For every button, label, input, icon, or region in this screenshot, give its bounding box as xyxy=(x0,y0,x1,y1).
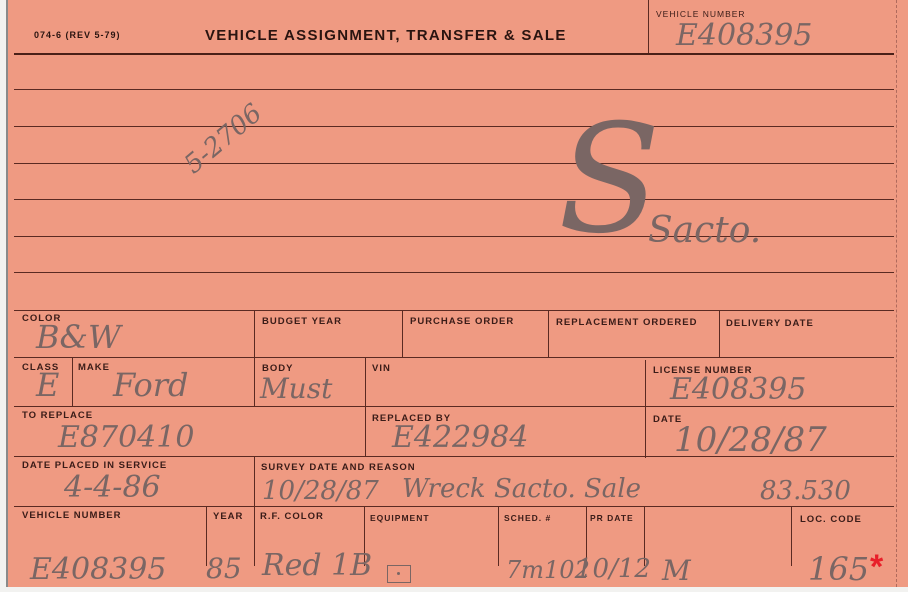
pr-date-value[interactable]: 10/12 xyxy=(576,554,651,584)
note-line xyxy=(14,89,894,90)
equipment-label: EQUIPMENT xyxy=(370,513,430,523)
row-rule xyxy=(14,506,894,507)
year-value[interactable]: 85 xyxy=(206,552,242,585)
class-value[interactable]: E xyxy=(36,366,59,404)
form-number: 074-6 (REV 5-79) xyxy=(34,30,121,40)
note-sacto: Sacto. xyxy=(648,210,761,251)
divider xyxy=(648,0,649,55)
note-number: 5-2706 xyxy=(179,98,268,180)
pr-date-label: PR DATE xyxy=(590,513,634,523)
divider xyxy=(498,506,499,566)
license-number-value[interactable]: E408395 xyxy=(670,372,806,407)
dot-icon xyxy=(397,572,400,575)
header-rule xyxy=(14,53,894,55)
vin-label: VIN xyxy=(372,363,391,374)
divider xyxy=(254,357,255,407)
sched-label: SCHED. # xyxy=(504,513,551,523)
survey-reason-value[interactable]: Wreck Sacto. Sale xyxy=(402,474,641,504)
body-value[interactable]: Must xyxy=(260,372,332,405)
note-line xyxy=(14,236,894,237)
year-label: YEAR xyxy=(213,511,243,522)
date-placed-value[interactable]: 4-4-86 xyxy=(64,470,161,505)
note-line xyxy=(14,272,894,273)
divider xyxy=(719,310,720,358)
rf-color-label: R.F. COLOR xyxy=(260,511,324,522)
to-replace-value[interactable]: E870410 xyxy=(58,420,194,455)
header-vehicle-number-value[interactable]: E408395 xyxy=(676,18,812,53)
budget-year-label: BUDGET YEAR xyxy=(262,316,342,327)
divider xyxy=(791,506,792,566)
divider xyxy=(254,456,255,506)
vehicle-assignment-card: 074-6 (REV 5-79) VEHICLE ASSIGNMENT, TRA… xyxy=(6,0,908,587)
delivery-date-label: DELIVERY DATE xyxy=(726,318,814,329)
rf-color-value[interactable]: Red 1B xyxy=(262,548,372,583)
divider xyxy=(365,357,366,457)
row-rule xyxy=(14,310,894,311)
note-line xyxy=(14,126,894,127)
note-sacto-s: S xyxy=(558,105,661,255)
card-edge xyxy=(896,0,897,587)
vehicle-number-label: VEHICLE NUMBER xyxy=(22,510,122,521)
row-rule xyxy=(14,406,894,407)
make-label: MAKE xyxy=(78,362,110,373)
purchase-order-label: PURCHASE ORDER xyxy=(410,316,514,327)
row-rule xyxy=(14,456,894,457)
divider xyxy=(645,360,646,458)
red-star-mark-icon: * xyxy=(870,548,883,587)
loc-code-value[interactable]: 165 xyxy=(808,550,869,588)
survey-date-value[interactable]: 10/28/87 xyxy=(262,476,379,506)
date-value[interactable]: 10/28/87 xyxy=(674,420,827,460)
survey-amount-value[interactable]: 83.530 xyxy=(760,476,851,506)
form-title: VEHICLE ASSIGNMENT, TRANSFER & SALE xyxy=(205,27,567,44)
survey-label: SURVEY DATE AND REASON xyxy=(261,462,416,473)
divider xyxy=(402,310,403,358)
blank-column-value[interactable]: M xyxy=(662,554,691,587)
divider xyxy=(254,506,255,566)
make-value[interactable]: Ford xyxy=(113,366,189,404)
replacement-ordered-label: REPLACEMENT ORDERED xyxy=(556,317,697,328)
note-line xyxy=(14,163,894,164)
note-line xyxy=(14,199,894,200)
loc-code-label: LOC. CODE xyxy=(800,514,862,525)
divider xyxy=(72,357,73,407)
color-value[interactable]: B&W xyxy=(36,318,121,356)
replaced-by-value[interactable]: E422984 xyxy=(392,420,528,455)
vehicle-number-value[interactable]: E408395 xyxy=(30,552,166,587)
equipment-checkbox-icon[interactable] xyxy=(387,565,411,583)
divider xyxy=(548,310,549,358)
divider xyxy=(254,310,255,358)
row-rule xyxy=(14,357,894,358)
